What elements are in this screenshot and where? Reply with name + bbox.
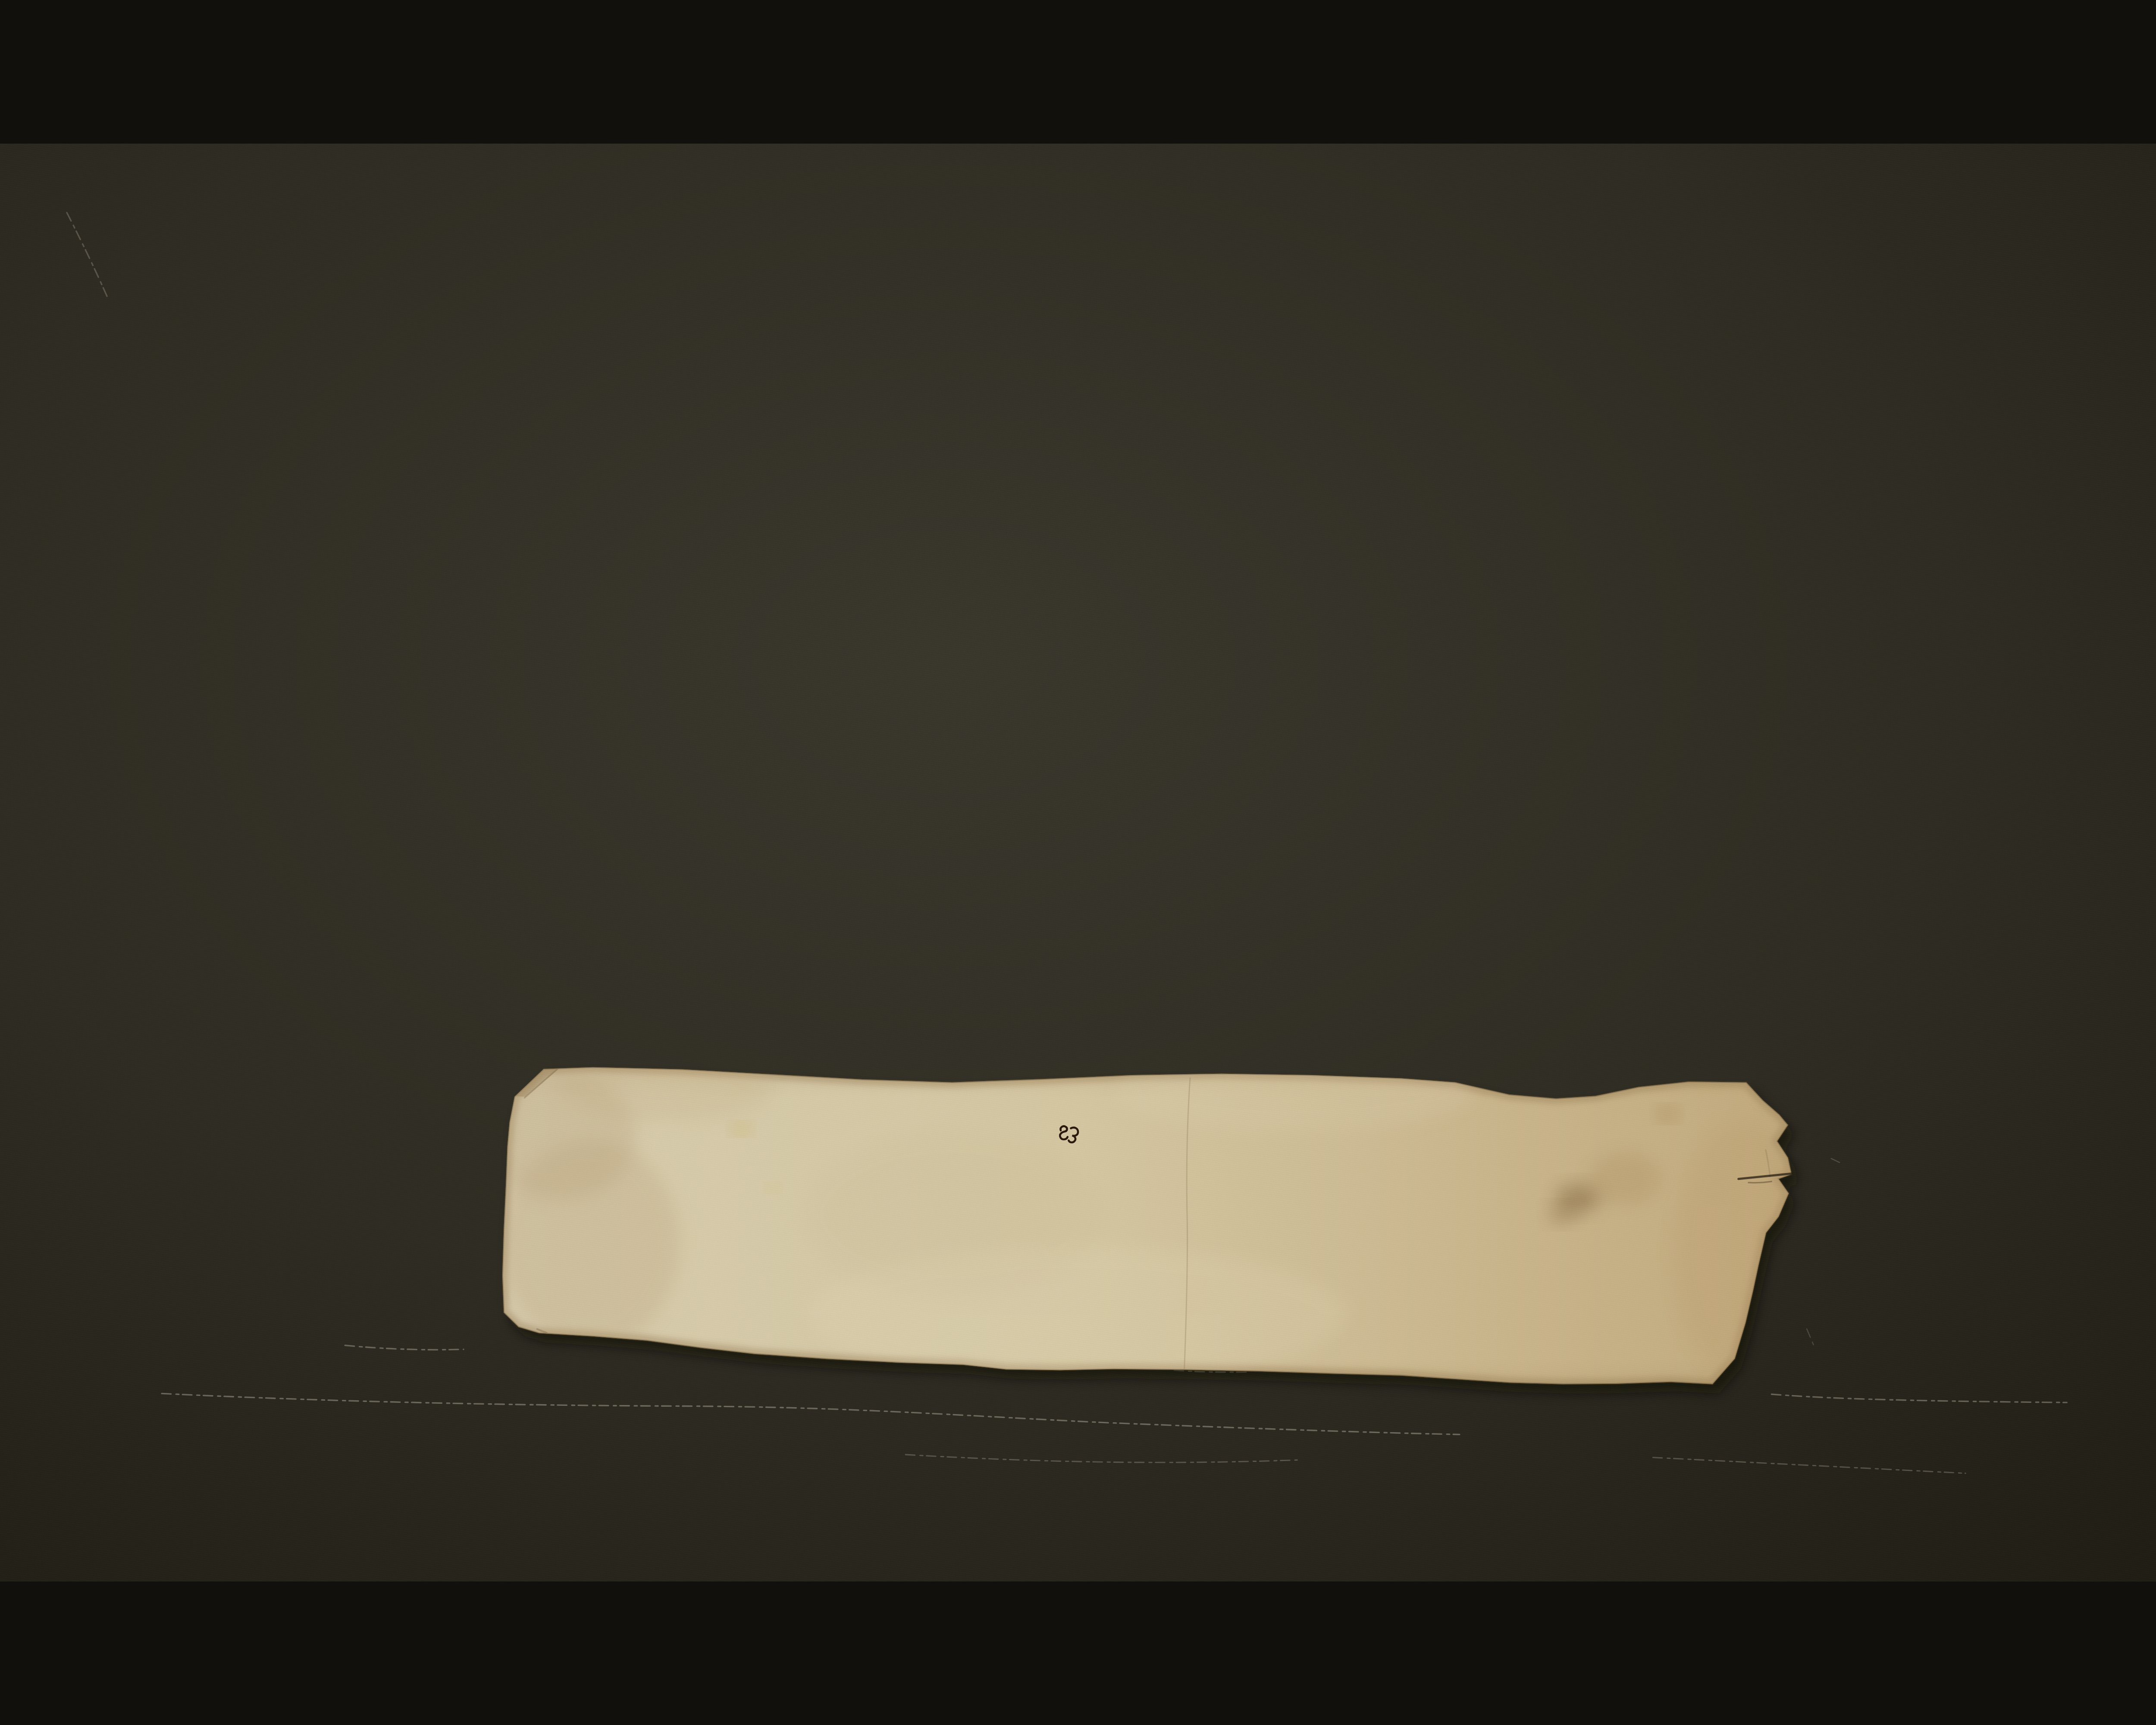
paper-stain bbox=[1548, 1205, 1577, 1224]
paper-stain bbox=[732, 1124, 749, 1134]
manuscript-photo bbox=[0, 144, 2156, 1581]
photo-canvas bbox=[0, 144, 2156, 1581]
paper-stain bbox=[801, 1132, 1103, 1297]
paper-stain bbox=[768, 1185, 779, 1192]
paper-stain bbox=[1657, 1107, 1677, 1120]
paper-stain bbox=[1588, 1154, 1660, 1204]
